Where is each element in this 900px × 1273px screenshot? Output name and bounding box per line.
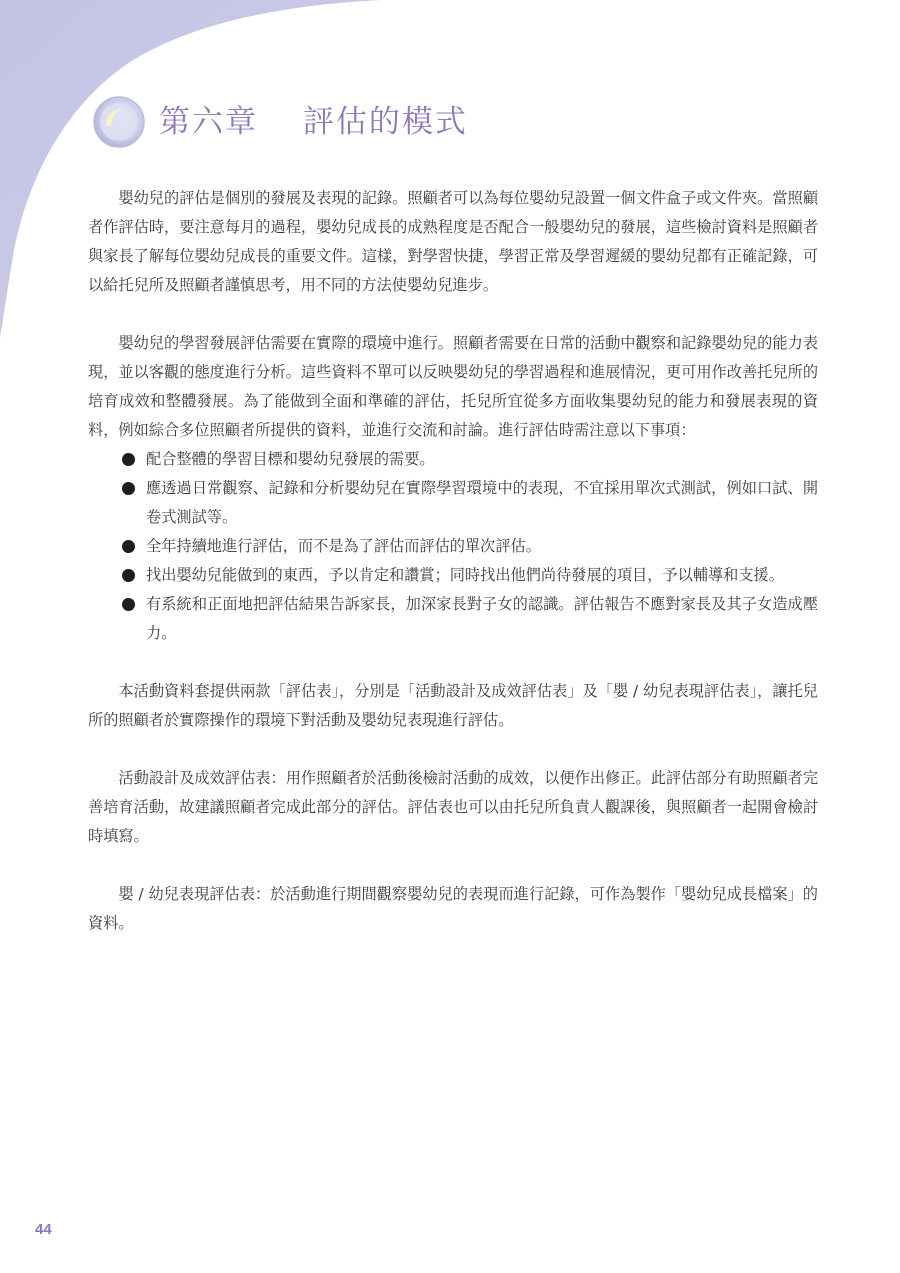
chapter-title: 第六章 評估的模式	[159, 107, 468, 138]
body-content: 嬰幼兒的評估是個別的發展及表現的記錄。照顧者可以為每位嬰幼兒設置一個文件盒子或文…	[88, 184, 818, 938]
page-number: 44	[35, 1221, 52, 1238]
paragraph: 嬰幼兒的評估是個別的發展及表現的記錄。照顧者可以為每位嬰幼兒設置一個文件盒子或文…	[88, 184, 818, 300]
list-item: 有系統和正面地把評估結果告訴家長，加深家長對子女的認識。評估報告不應對家長及其子…	[122, 590, 818, 648]
list-item: 配合整體的學習目標和嬰幼兒發展的需要。	[122, 445, 818, 474]
list-item-text: 全年持續地進行評估，而不是為了評估而評估的單次評估。	[146, 537, 541, 555]
considerations-list: 配合整體的學習目標和嬰幼兒發展的需要。 應透過日常觀察、記錄和分析嬰幼兒在實際學…	[88, 445, 818, 648]
paragraph: 活動設計及成效評估表：用作照顧者於活動後檢討活動的成效，以便作出修正。此評估部分…	[88, 764, 818, 851]
paragraph: 嬰幼兒的學習發展評估需要在實際的環境中進行。照顧者需要在日常的活動中觀察和記錄嬰…	[88, 329, 818, 445]
bullet-icon	[122, 482, 135, 495]
bullet-icon	[122, 598, 135, 611]
list-item: 全年持續地進行評估，而不是為了評估而評估的單次評估。	[122, 532, 818, 561]
list-item-text: 應透過日常觀察、記錄和分析嬰幼兒在實際學習環境中的表現，不宜採用單次式測試，例如…	[146, 479, 818, 526]
orb-icon	[93, 96, 145, 148]
paragraph: 嬰 / 幼兒表現評估表：於活動進行期間觀察嬰幼兒的表現而進行記錄，可作為製作「嬰…	[88, 880, 818, 938]
list-item-text: 有系統和正面地把評估結果告訴家長，加深家長對子女的認識。評估報告不應對家長及其子…	[146, 595, 818, 642]
list-item: 應透過日常觀察、記錄和分析嬰幼兒在實際學習環境中的表現，不宜採用單次式測試，例如…	[122, 474, 818, 532]
list-item-text: 找出嬰幼兒能做到的東西，予以肯定和讚賞；同時找出他們尚待發展的項目，予以輔導和支…	[146, 566, 784, 584]
list-item: 找出嬰幼兒能做到的東西，予以肯定和讚賞；同時找出他們尚待發展的項目，予以輔導和支…	[122, 561, 818, 590]
bullet-icon	[122, 453, 135, 466]
paragraph: 本活動資料套提供兩款「評估表」，分別是「活動設計及成效評估表」及「嬰 / 幼兒表…	[88, 677, 818, 735]
bullet-icon	[122, 540, 135, 553]
chapter-header: 第六章 評估的模式	[93, 95, 468, 149]
bullet-icon	[122, 569, 135, 582]
list-item-text: 配合整體的學習目標和嬰幼兒發展的需要。	[146, 450, 435, 468]
